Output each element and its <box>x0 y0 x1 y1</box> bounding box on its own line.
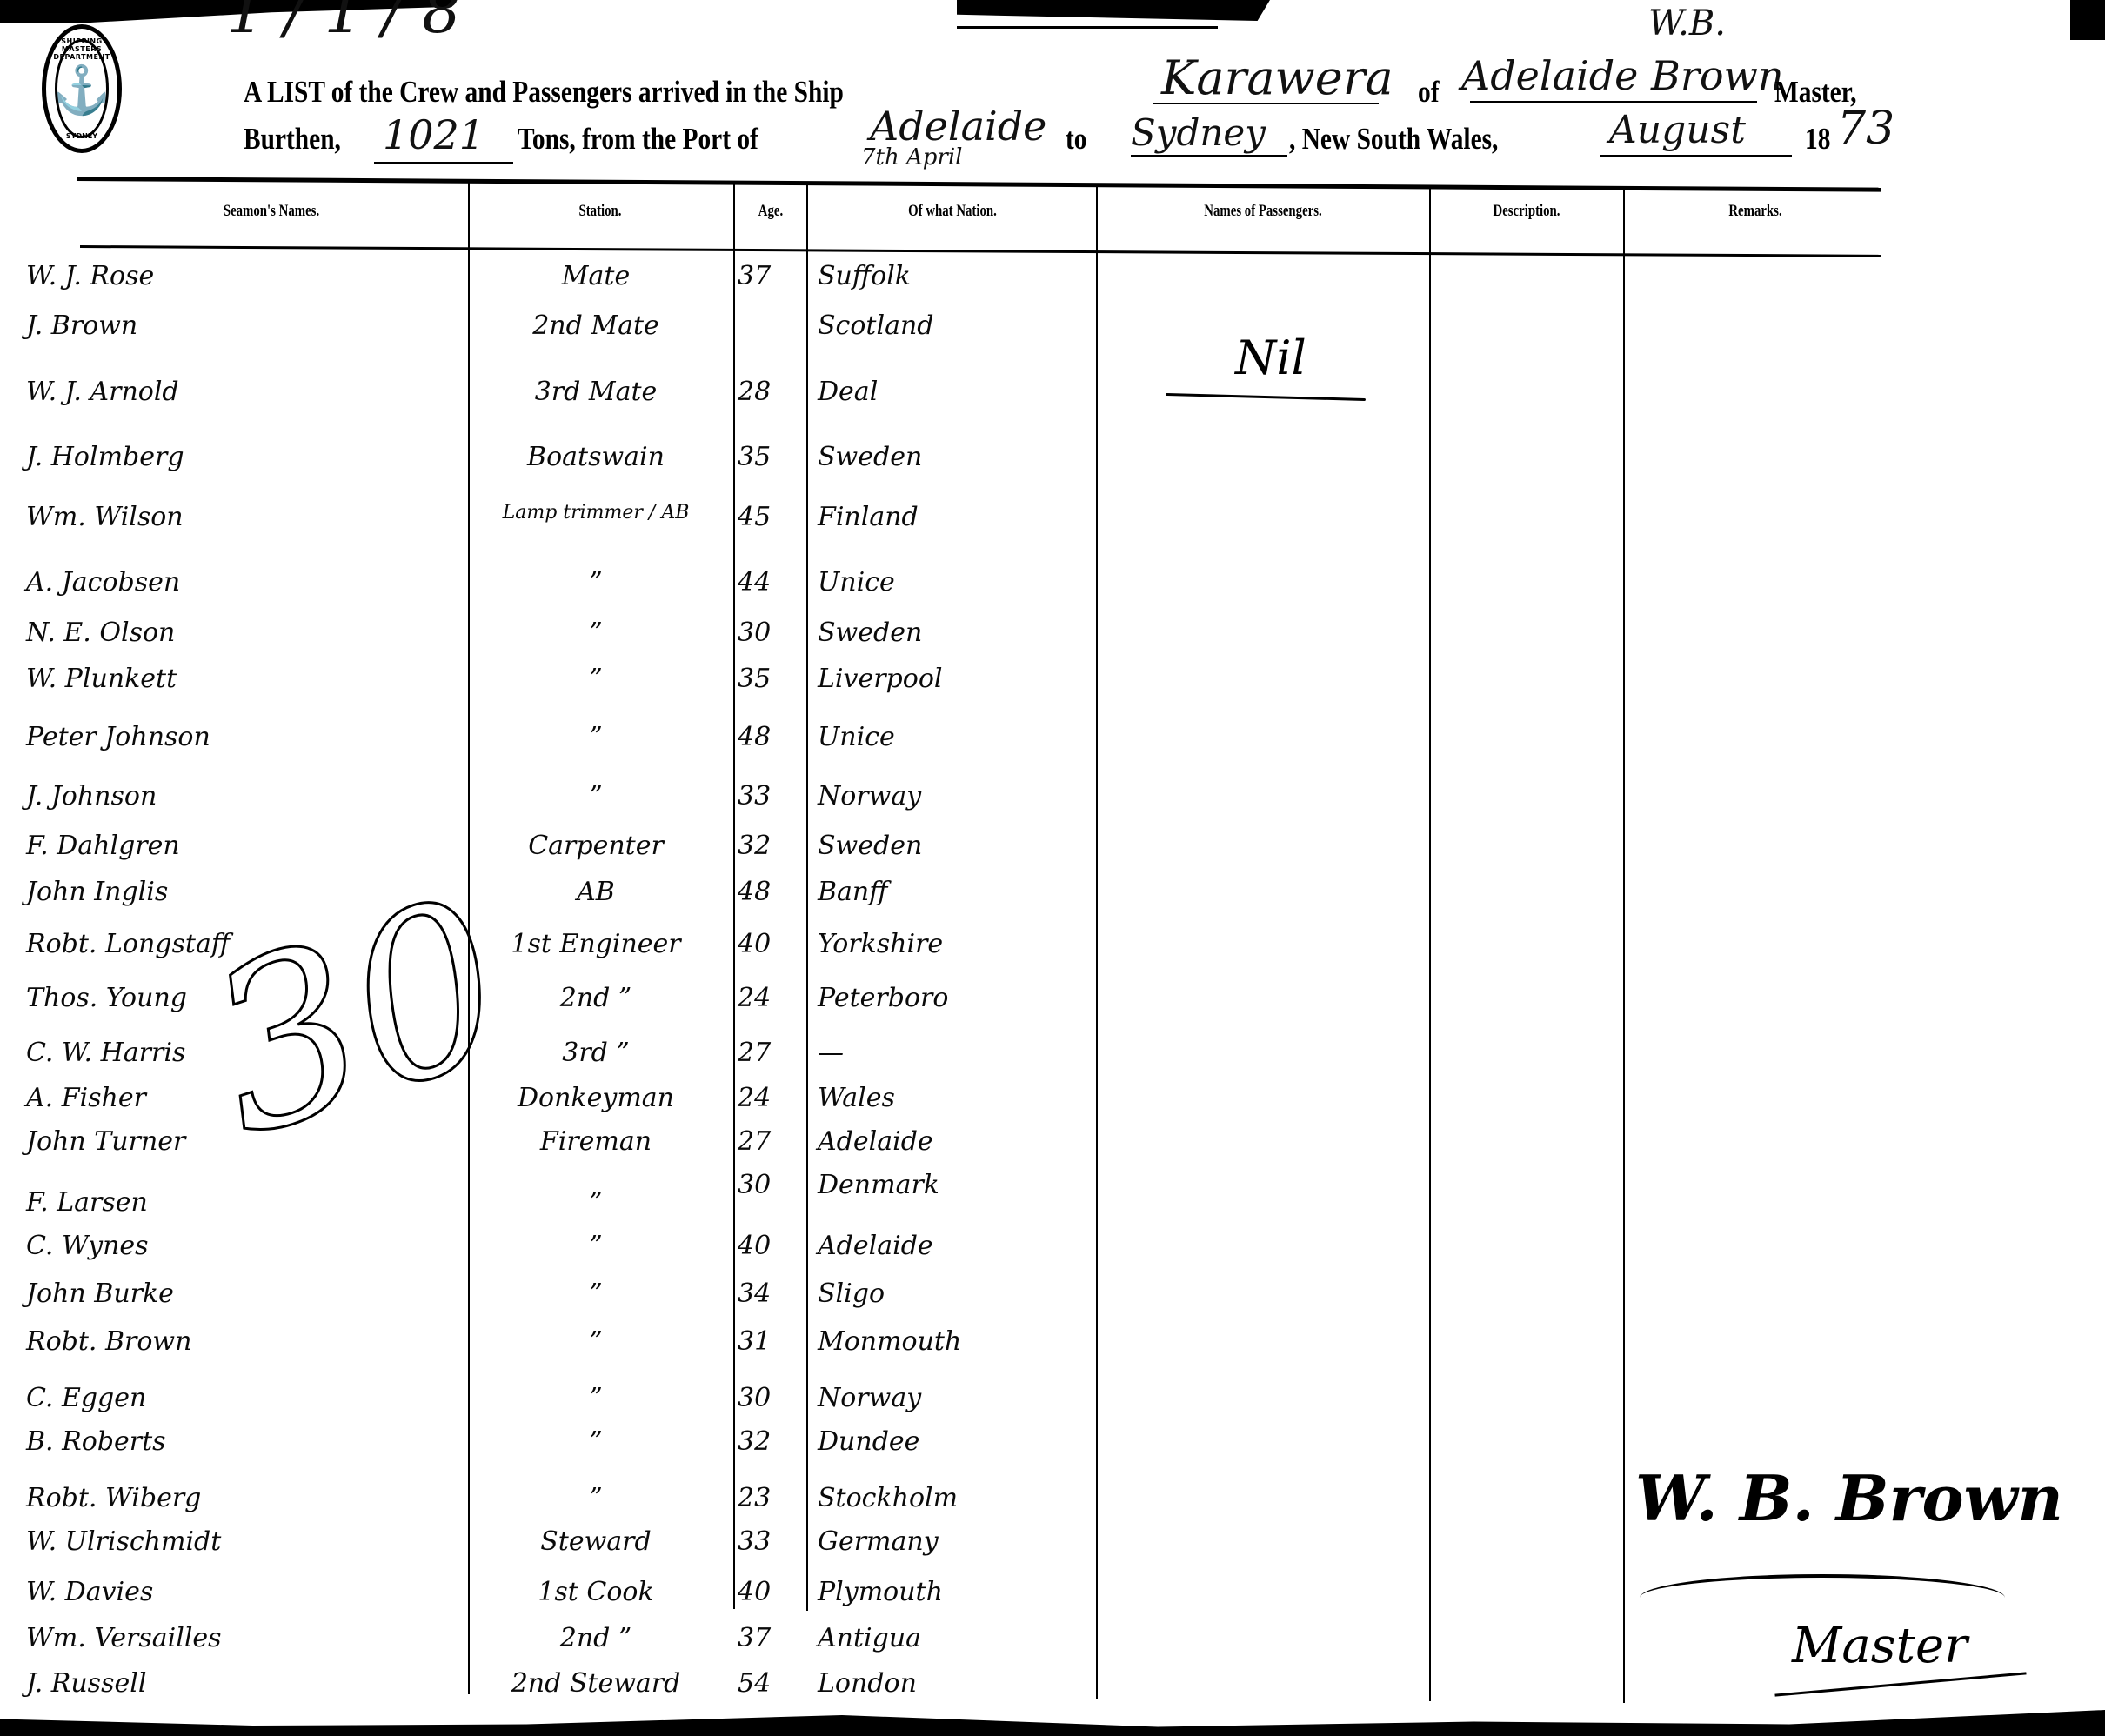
col-description: Description. <box>1452 202 1601 221</box>
to-port: Sydney <box>1131 111 1266 154</box>
scan-edge-top-middle <box>957 0 1270 21</box>
seaman-nation: Denmark <box>809 1170 1096 1200</box>
seaman-age: 24 <box>738 1083 800 1113</box>
seaman-nation: Deal <box>809 377 1096 407</box>
ship-name: Karawera <box>1161 50 1393 105</box>
crew-row: F. Dahlgren Carpenter 32 Sweden <box>0 831 2105 866</box>
col-station: Station. <box>498 202 702 221</box>
seaman-name: W. Davies <box>26 1577 444 1607</box>
crew-row: Wm. Wilson Lamp trimmer / AB 45 Finland <box>0 502 2105 537</box>
to-label: to <box>1066 122 1086 157</box>
nsw-label: , New South Wales, <box>1289 122 1498 157</box>
col-seamens-names: Seamon's Names. <box>122 202 420 221</box>
seaman-name: John Burke <box>26 1279 444 1309</box>
crew-row: F. Larsen ” 30 Denmark <box>0 1170 2105 1205</box>
seaman-station: ” <box>470 1279 722 1309</box>
col-passenger-names: Names of Passengers. <box>1134 202 1392 221</box>
seaman-nation: Adelaide <box>809 1126 1096 1157</box>
seaman-age: 30 <box>738 618 800 648</box>
seaman-name: Wm. Wilson <box>26 502 444 532</box>
seaman-age: 54 <box>738 1668 800 1699</box>
seaman-station: Mate <box>470 261 722 291</box>
from-port: Adelaide <box>870 103 1046 150</box>
year-written: 73 <box>1837 103 1894 155</box>
crew-row: J. Russell 2nd Steward 54 London <box>0 1668 2105 1704</box>
seaman-station: ” <box>470 1326 722 1357</box>
signature-flourish <box>1640 1574 2005 1621</box>
seaman-age: 34 <box>738 1279 800 1309</box>
seaman-nation: Sweden <box>809 831 1096 861</box>
seaman-station: 1st Cook <box>470 1577 722 1607</box>
seaman-station: Steward <box>470 1526 722 1557</box>
header-rule <box>77 177 1881 192</box>
seaman-name: Robt. Wiberg <box>26 1483 444 1513</box>
master-initials: W.B. <box>1648 3 1726 43</box>
seaman-name: J. Johnson <box>26 781 444 811</box>
seaman-station: ” <box>470 722 722 752</box>
seaman-age: 23 <box>738 1483 800 1513</box>
seaman-age: 40 <box>738 1231 800 1261</box>
seaman-nation: Finland <box>809 502 1096 532</box>
seaman-nation: Antigua <box>809 1623 1096 1653</box>
seaman-station: ” <box>470 1231 722 1261</box>
seaman-nation: Wales <box>809 1083 1096 1113</box>
seaman-name: A. Jacobsen <box>26 567 444 598</box>
seaman-nation: Liverpool <box>809 664 1096 694</box>
seaman-name: J. Brown <box>26 310 444 341</box>
burthen-value: 1021 <box>383 111 484 158</box>
passengers-nil: Nil <box>1235 331 1306 385</box>
seaman-age: 32 <box>738 1426 800 1457</box>
column-header-rule <box>80 245 1881 257</box>
seaman-age: 28 <box>738 377 800 407</box>
seaman-age: 35 <box>738 442 800 472</box>
seaman-nation: Sweden <box>809 442 1096 472</box>
year-printed: 18 <box>1805 122 1830 157</box>
seaman-age: 30 <box>738 1170 800 1200</box>
master-name-underline <box>1470 101 1757 103</box>
seaman-nation: Monmouth <box>809 1326 1096 1357</box>
seaman-nation: Scotland <box>809 310 1096 341</box>
crew-row: C. Wynes ” 40 Adelaide <box>0 1231 2105 1266</box>
seaman-station: Lamp trimmer / AB <box>470 502 722 524</box>
seaman-nation: Stockholm <box>809 1483 1096 1513</box>
month-underline <box>1600 155 1792 157</box>
seaman-station: Fireman <box>470 1126 722 1157</box>
seaman-station: ” <box>470 1426 722 1457</box>
crew-row: N. E. Olson ” 30 Sweden <box>0 618 2105 653</box>
scan-edge-top-line <box>957 26 1218 29</box>
col-nation: Of what Nation. <box>840 202 1064 221</box>
seaman-name: Peter Johnson <box>26 722 444 752</box>
seaman-nation: Plymouth <box>809 1577 1096 1607</box>
seaman-name: W. Plunkett <box>26 664 444 694</box>
seaman-nation: Germany <box>809 1526 1096 1557</box>
seaman-name: J. Russell <box>26 1668 444 1699</box>
arrival-month: August <box>1609 108 1746 152</box>
burthen-label: Burthen, <box>244 122 341 157</box>
seaman-age: 33 <box>738 781 800 811</box>
seaman-station: 2nd Mate <box>470 310 722 341</box>
seaman-nation: Sligo <box>809 1279 1096 1309</box>
seaman-station: ” <box>470 567 722 598</box>
master-name: Adelaide Brown <box>1461 52 1784 99</box>
crew-row: Peter Johnson ” 48 Unice <box>0 722 2105 758</box>
seaman-age: 40 <box>738 929 800 959</box>
master-signature: W. B. Brown <box>1635 1461 2063 1535</box>
seaman-name: J. Holmberg <box>26 442 444 472</box>
seaman-name: C. Wynes <box>26 1231 444 1261</box>
crew-row: Wm. Versailles 2nd ” 37 Antigua <box>0 1623 2105 1659</box>
seaman-age: 24 <box>738 983 800 1013</box>
seaman-name: F. Dahlgren <box>26 831 444 861</box>
crew-row: A. Jacobsen ” 44 Unice <box>0 567 2105 603</box>
seaman-nation: Adelaide <box>809 1231 1096 1261</box>
seaman-age: 37 <box>738 261 800 291</box>
seal-bottom-text: SYDNEY <box>46 132 117 140</box>
crew-row: J. Holmberg Boatswain 35 Sweden <box>0 442 2105 477</box>
burthen-underline <box>374 162 513 164</box>
seal-top-text: SHIPPING MASTERS DEPARTMENT <box>46 37 117 61</box>
seaman-nation: Unice <box>809 722 1096 752</box>
seaman-nation: Banff <box>809 877 1096 907</box>
seaman-nation: Dundee <box>809 1426 1096 1457</box>
seaman-name: C. Eggen <box>26 1383 444 1413</box>
seaman-name: W. J. Arnold <box>26 377 444 407</box>
tons-label: Tons, from the Port of <box>518 122 758 157</box>
crew-row: B. Roberts ” 32 Dundee <box>0 1426 2105 1462</box>
seaman-name: N. E. Olson <box>26 618 444 648</box>
seaman-station: ” <box>470 618 722 648</box>
seaman-station: Boatswain <box>470 442 722 472</box>
seaman-nation: Unice <box>809 567 1096 598</box>
seaman-age: 30 <box>738 1383 800 1413</box>
from-port-note: 7th April <box>861 144 962 170</box>
seaman-age: 40 <box>738 1577 800 1607</box>
seaman-age: 37 <box>738 1623 800 1653</box>
seaman-name: F. Larsen <box>26 1187 444 1218</box>
seaman-station: AB <box>470 877 722 907</box>
seaman-age: 44 <box>738 567 800 598</box>
seaman-station: ” <box>470 1187 722 1218</box>
seaman-age: 31 <box>738 1326 800 1357</box>
seaman-station: 3rd Mate <box>470 377 722 407</box>
seaman-age: 45 <box>738 502 800 532</box>
seaman-age: 33 <box>738 1526 800 1557</box>
seaman-age: 32 <box>738 831 800 861</box>
to-port-underline <box>1131 155 1287 157</box>
crew-row: W. Plunkett ” 35 Liverpool <box>0 664 2105 699</box>
crew-row: W. J. Rose Mate 37 Suffolk <box>0 261 2105 297</box>
seaman-nation: Norway <box>809 1383 1096 1413</box>
seaman-station: ” <box>470 1383 722 1413</box>
seaman-station: 2nd ” <box>470 1623 722 1653</box>
signature-role: Master <box>1792 1618 1968 1674</box>
of-label: of <box>1418 75 1439 110</box>
seaman-name: W. Ulrischmidt <box>26 1526 444 1557</box>
seaman-station: ” <box>470 664 722 694</box>
seaman-nation: Yorkshire <box>809 929 1096 959</box>
seaman-nation: Sweden <box>809 618 1096 648</box>
seaman-age: 35 <box>738 664 800 694</box>
seaman-nation: Suffolk <box>809 261 1096 291</box>
anchor-icon: ⚓ <box>46 67 117 114</box>
ship-name-underline <box>1153 103 1379 104</box>
seaman-station: ” <box>470 1483 722 1513</box>
seaman-name: Robt. Brown <box>26 1326 444 1357</box>
scan-edge-top-right <box>2070 0 2105 40</box>
seaman-station: 2nd ” <box>470 983 722 1013</box>
seaman-name: Wm. Versailles <box>26 1623 444 1653</box>
seaman-nation: London <box>809 1668 1096 1699</box>
seaman-station: 2nd Steward <box>470 1668 722 1699</box>
seaman-nation: Peterboro <box>809 983 1096 1013</box>
crew-row: J. Johnson ” 33 Norway <box>0 781 2105 817</box>
seaman-name: W. J. Rose <box>26 261 444 291</box>
seaman-nation: — <box>809 1038 1096 1068</box>
seaman-age: 48 <box>738 722 800 752</box>
seaman-station: Carpenter <box>470 831 722 861</box>
crew-row: John Burke ” 34 Sligo <box>0 1279 2105 1314</box>
seaman-name: B. Roberts <box>26 1426 444 1457</box>
crew-row: Robt. Brown ” 31 Monmouth <box>0 1326 2105 1362</box>
seaman-station: ” <box>470 781 722 811</box>
col-remarks: Remarks. <box>1654 202 1857 221</box>
header-line1-prefix: A LIST of the Crew and Passengers arrive… <box>244 75 844 110</box>
seaman-age: 27 <box>738 1038 800 1068</box>
crew-row: J. Brown 2nd Mate Scotland <box>0 310 2105 346</box>
seaman-nation: Norway <box>809 781 1096 811</box>
col-age: Age. <box>743 202 799 221</box>
shipping-masters-seal: SHIPPING MASTERS DEPARTMENT ⚓ SYDNEY <box>42 24 122 153</box>
seaman-age: 48 <box>738 877 800 907</box>
seaman-age: 27 <box>738 1126 800 1157</box>
top-scrawl: 1 / 1 / 8 <box>226 0 461 47</box>
crew-row: W. J. Arnold 3rd Mate 28 Deal <box>0 377 2105 412</box>
crew-row: C. Eggen ” 30 Norway <box>0 1383 2105 1419</box>
scan-edge-bottom <box>0 1710 2105 1736</box>
seaman-station: 1st Engineer <box>470 929 722 959</box>
